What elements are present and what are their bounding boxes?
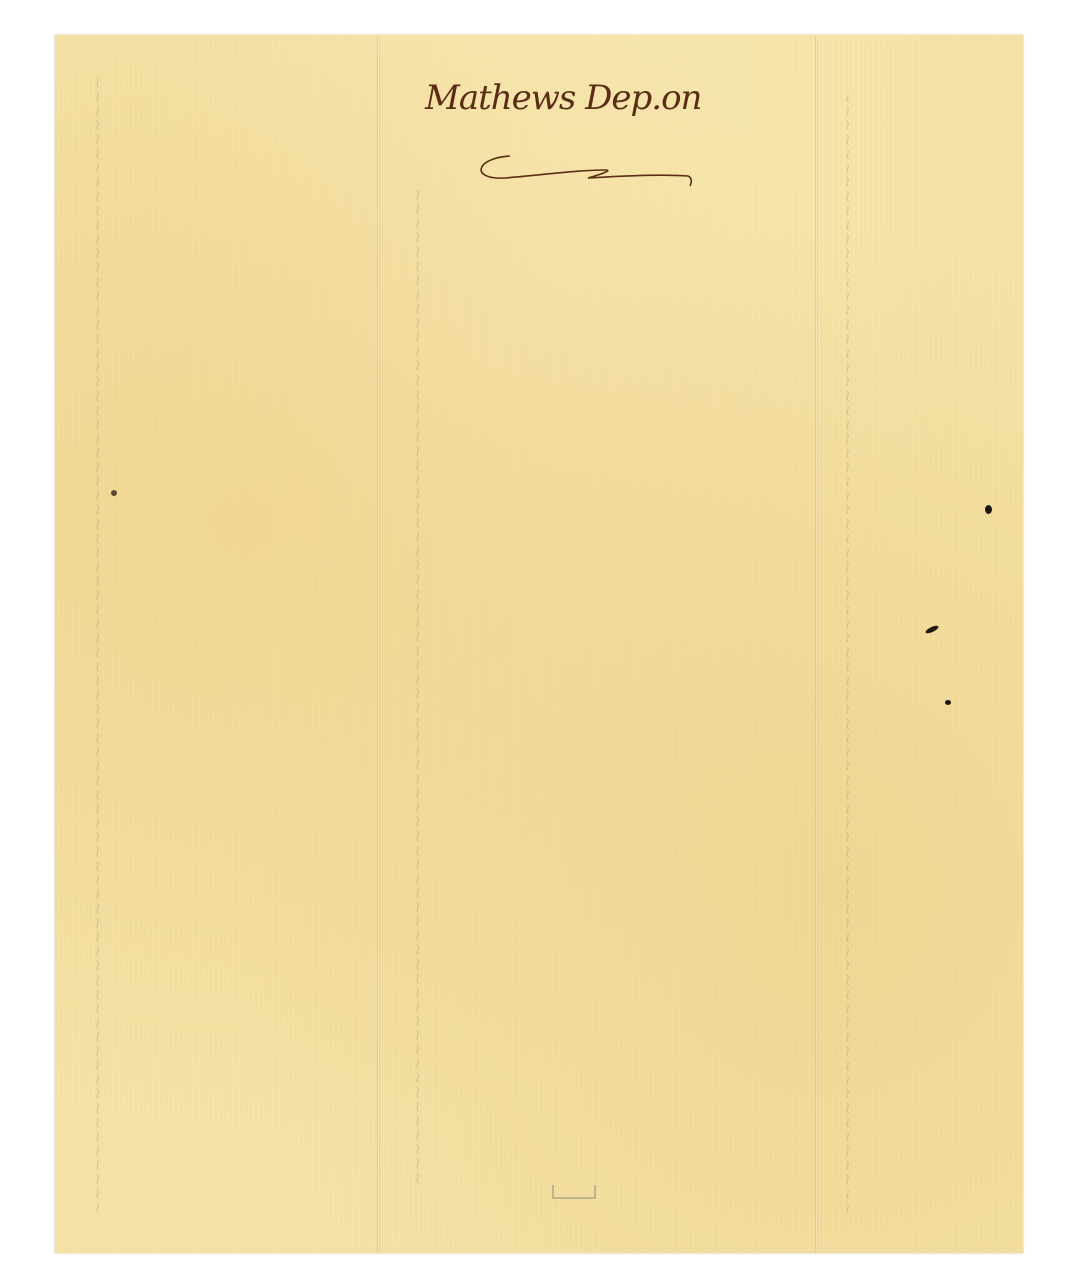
ink-blot [945,700,951,705]
pencil-bracket-mark [552,1185,596,1199]
flourish-underline [470,148,700,190]
manuscript-page: ~~~~~~~~~~~~~~~~~~~~~~~~~~~~~~~~~~~~~~~~… [55,35,1023,1253]
docket-title: Mathews Dep.on [425,78,701,118]
bleed-through-text-left: ~~~~~~~~~~~~~~~~~~~~~~~~~~~~~~~~~~~~~~~~… [85,75,365,1215]
vertical-fold-left [377,35,380,1253]
ink-blot [111,490,117,496]
vertical-fold-right [815,35,818,1253]
ink-blot [985,505,992,514]
bleed-through-text-right: ~~~~~~~~~~~~~~~~~~~~~~~~~~~~~~~~~~~~~~~~… [835,95,1005,1215]
bleed-through-text-center: ~~~~~~~~~~~~~~~~~~~~~~~~~~~~~~~~~~~~~~~~… [405,185,805,1185]
